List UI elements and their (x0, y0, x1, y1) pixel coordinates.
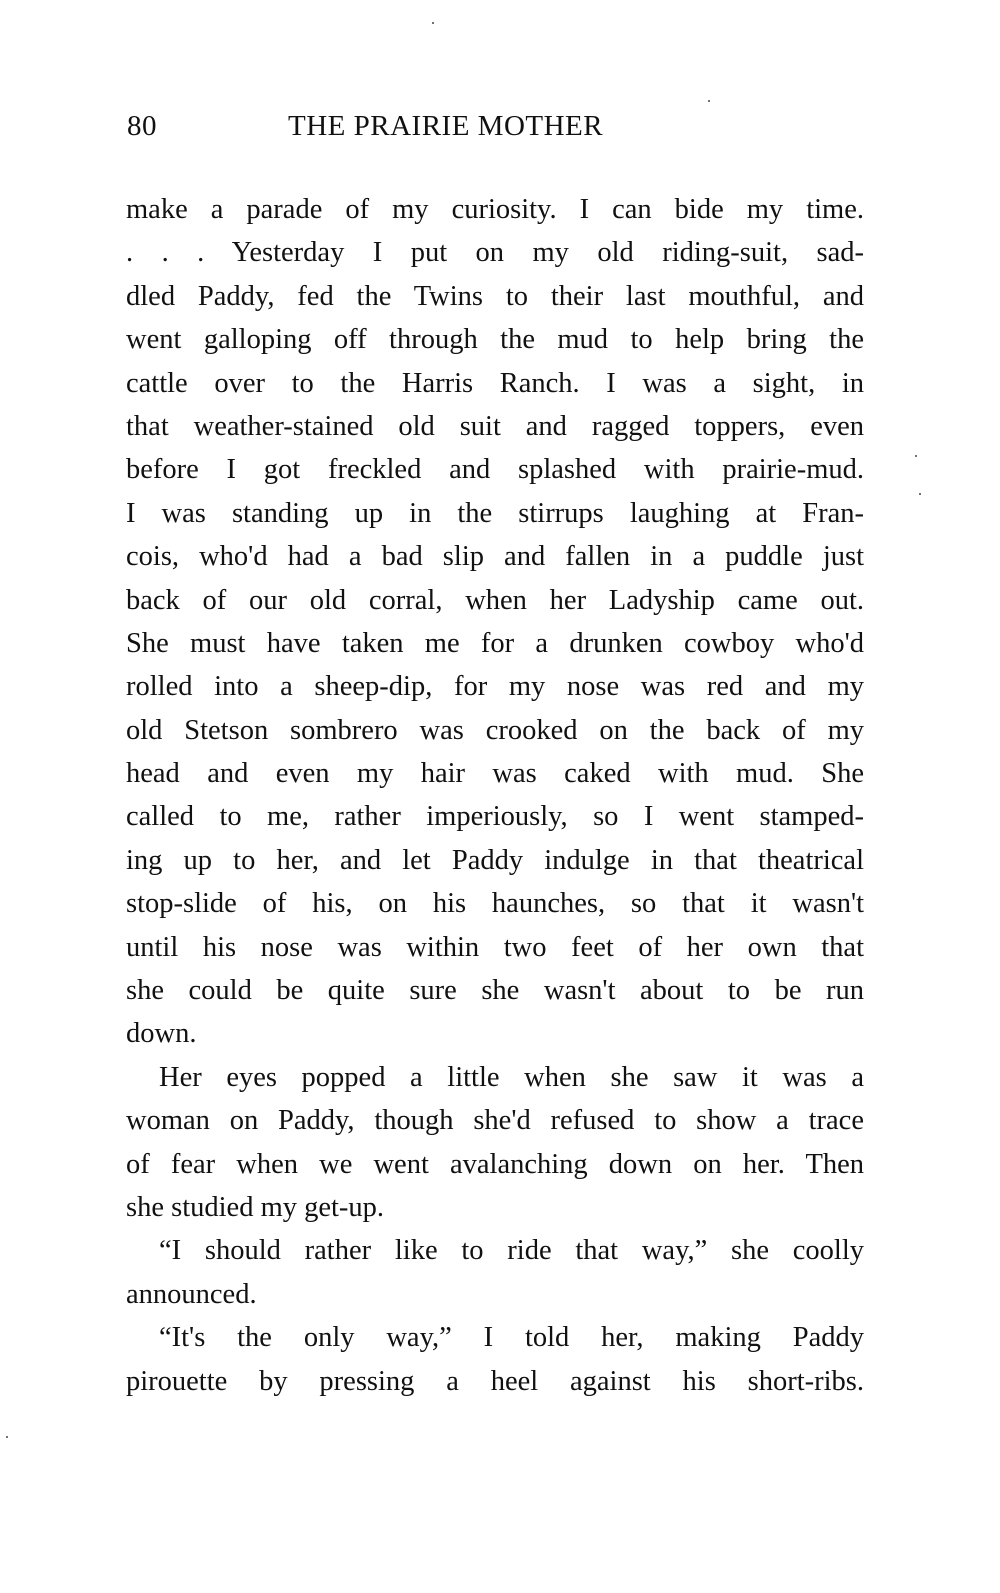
text-line: She must have taken me for a drunken cow… (126, 622, 864, 665)
scan-speck (432, 22, 434, 24)
text-line: “It's the only way,” I told her, making … (126, 1316, 864, 1359)
text-line: I was standing up in the stirrups laughi… (126, 492, 864, 535)
text-line: announced. (126, 1273, 864, 1316)
paragraph: make a parade of my curiosity. I can bid… (126, 188, 864, 1056)
text-line: head and even my hair was caked with mud… (126, 752, 864, 795)
text-line: . . . Yesterday I put on my old riding-s… (126, 231, 864, 274)
text-line: down. (126, 1012, 864, 1055)
text-line: cois, who'd had a bad slip and fallen in… (126, 535, 864, 578)
text-line: old Stetson sombrero was crooked on the … (126, 709, 864, 752)
text-line: woman on Paddy, though she'd refused to … (126, 1099, 864, 1142)
scan-speck (708, 100, 710, 102)
text-line: ing up to her, and let Paddy indulge in … (126, 839, 864, 882)
body-text: make a parade of my curiosity. I can bid… (126, 188, 864, 1403)
text-line: dled Paddy, fed the Twins to their last … (126, 275, 864, 318)
text-line: until his nose was within two feet of he… (126, 926, 864, 969)
text-line: of fear when we went avalanching down on… (126, 1143, 864, 1186)
text-line: rolled into a sheep-dip, for my nose was… (126, 665, 864, 708)
text-line: back of our old corral, when her Ladyshi… (126, 579, 864, 622)
text-line: she studied my get-up. (126, 1186, 864, 1229)
text-line: that weather-stained old suit and ragged… (126, 405, 864, 448)
paragraph: Her eyes popped a little when she saw it… (126, 1056, 864, 1230)
scan-speck (6, 1436, 8, 1438)
text-line: make a parade of my curiosity. I can bid… (126, 188, 864, 231)
text-line: before I got freckled and splashed with … (126, 448, 864, 491)
text-line: she could be quite sure she wasn't about… (126, 969, 864, 1012)
text-line: stop-slide of his, on his haunches, so t… (126, 882, 864, 925)
paragraph: “I should rather like to ride that way,”… (126, 1229, 864, 1316)
book-page: 80 THE PRAIRIE MOTHER make a parade of m… (0, 0, 1000, 1593)
running-title: THE PRAIRIE MOTHER (288, 110, 603, 143)
scan-speck (919, 493, 921, 495)
text-line: cattle over to the Harris Ranch. I was a… (126, 362, 864, 405)
page-number: 80 (127, 110, 157, 143)
text-line: went galloping off through the mud to he… (126, 318, 864, 361)
text-line: Her eyes popped a little when she saw it… (126, 1056, 864, 1099)
scan-speck (915, 455, 917, 457)
text-line: pirouette by pressing a heel against his… (126, 1360, 864, 1403)
text-line: “I should rather like to ride that way,”… (126, 1229, 864, 1272)
text-line: called to me, rather imperiously, so I w… (126, 795, 864, 838)
running-head: 80 THE PRAIRIE MOTHER (127, 110, 867, 154)
paragraph: “It's the only way,” I told her, making … (126, 1316, 864, 1403)
